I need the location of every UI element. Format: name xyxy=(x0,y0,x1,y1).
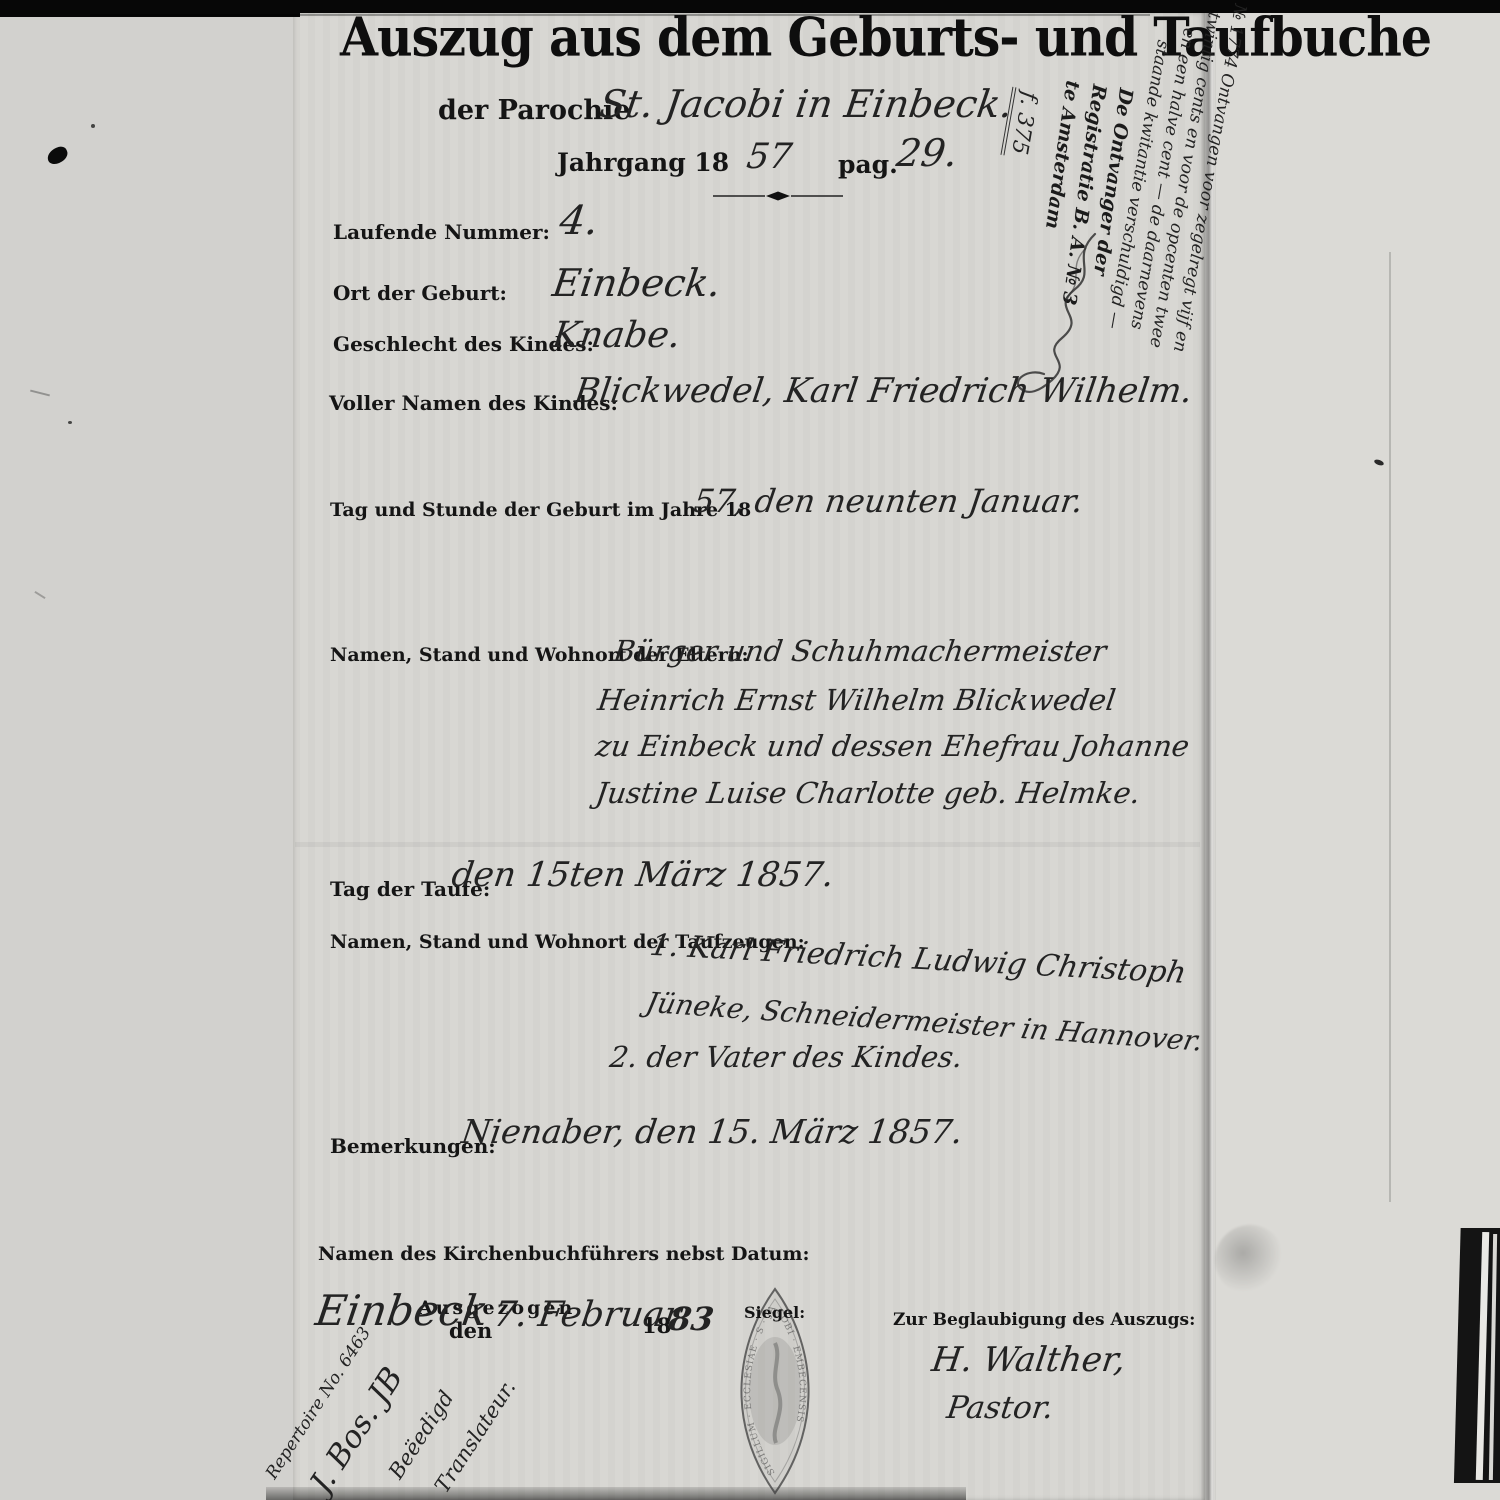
parish-value-handwritten: St. Jacobi in Einbeck. xyxy=(597,82,1016,126)
page-number-value-handwritten: 29. xyxy=(894,131,961,175)
field-value-eltern-line: zu Einbeck und dessen Ehefrau Johanne xyxy=(594,729,1192,763)
year-value-handwritten: 57 xyxy=(744,137,794,177)
field-label-ort-der-geburt: Ort der Geburt: xyxy=(333,281,507,305)
pastor-signature-title: Pastor. xyxy=(944,1390,1055,1426)
certificate-title: Auszug aus dem Geburts- und Taufbuche xyxy=(340,6,1240,69)
page-number-label: pag. xyxy=(838,150,898,179)
field-value-eltern-line: Bürger und Schuhmachermeister xyxy=(612,634,1109,668)
siegel-label: Siegel: xyxy=(744,1303,805,1322)
field-value-taufe: den 15ten März 1857. xyxy=(449,855,836,895)
field-value-bemerkungen: Nienaber, den 15. März 1857. xyxy=(459,1112,965,1151)
field-label-geburt-datum: Tag und Stunde der Geburt im Jahre 18 xyxy=(330,499,751,521)
field-value-taufzeugen-line: 2. der Vater des Kindes. xyxy=(608,1040,965,1074)
beglaubigung-label: Zur Beglaubigung des Auszugs: xyxy=(893,1310,1195,1330)
year-label: Jahrgang 18 xyxy=(557,148,729,177)
paper-edge-line xyxy=(1389,252,1391,1202)
ink-blot xyxy=(45,144,70,166)
scratch-mark xyxy=(34,591,45,599)
field-value-geburt-datum: 57, den neunten Januar. xyxy=(691,482,1085,520)
pastor-signature-name: H. Walther, xyxy=(929,1340,1128,1380)
ornamental-divider xyxy=(713,190,843,202)
field-value-geschlecht: Knabe. xyxy=(550,315,683,356)
margin-signature-flourish xyxy=(1000,228,1115,403)
scanned-certificate: Auszug aus dem Geburts- und Taufbuche de… xyxy=(0,0,1500,1500)
ink-smudge xyxy=(1215,1225,1285,1295)
field-value-eltern-line: Justine Luise Charlotte geb. Helmke. xyxy=(594,776,1143,810)
scratch-mark xyxy=(30,390,50,397)
page-bottom-edge-shadow xyxy=(266,1487,966,1500)
field-label-kirchenbuchfuehrer: Namen des Kirchenbuchführers nebst Datum… xyxy=(318,1243,810,1265)
ink-speck xyxy=(91,124,95,128)
field-label-laufende-nummer: Laufende Nummer: xyxy=(333,220,550,244)
extract-year-handwritten: 83 xyxy=(666,1300,716,1338)
field-value-laufende-nummer: 4. xyxy=(557,198,602,244)
field-value-eltern-line: Heinrich Ernst Wilhelm Blickwedel xyxy=(596,683,1118,717)
ink-speck xyxy=(68,421,72,424)
den-label: den xyxy=(449,1318,492,1343)
field-value-ort-der-geburt: Einbeck. xyxy=(550,261,724,305)
paper-crease xyxy=(295,842,1200,847)
